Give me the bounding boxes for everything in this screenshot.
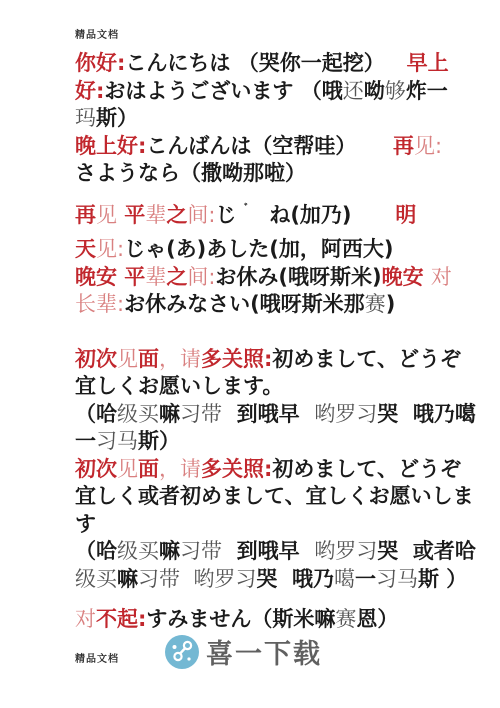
text-segment: 斯 ） [418, 567, 467, 591]
text-segment: す [75, 512, 96, 536]
text-line: さようなら（撒呦那啦） [75, 160, 500, 188]
header-label: 精品文档 [75, 26, 119, 41]
text-segment [385, 51, 407, 75]
text-segment: すみません（斯米嘛 [146, 607, 335, 631]
text-segment: 宜しくお愿いします。 [75, 374, 283, 398]
text-line: 晚安 平辈之间:お休み(哦呀斯米)晚安 对 [75, 264, 500, 292]
text-segment: 再 [393, 134, 414, 158]
text-segment: 一 [355, 567, 376, 591]
text-line: （哈级买嘛习带 到哦早 哟罗习哭 哦乃噶 [75, 401, 500, 429]
text-segment: ， [159, 457, 180, 481]
text-segment: 习带 哟罗习 [138, 567, 256, 591]
text-segment: 不起 [96, 607, 138, 631]
text-line: 晚上好:こんばんは（空帮哇） 再见: [75, 133, 500, 161]
text-line: 一习马斯） [75, 428, 500, 456]
text-segment: 初めまして、どうぞ [272, 347, 461, 371]
text-segment: お休み(哦呀斯米) [215, 265, 381, 289]
text-segment: 呦 [364, 79, 385, 103]
text-segment: こんにちは （哭你一起挖） [125, 51, 384, 75]
text-segment: 间 [187, 203, 208, 227]
text-segment: （哈 [75, 539, 117, 563]
text-segment: 哭 或者哈 [377, 539, 476, 563]
text-segment: 哟罗习 [314, 402, 377, 426]
text-segment: ) [386, 292, 396, 316]
text-segment: 见 [117, 457, 138, 481]
text-segment: こんばんは（空帮哇） [146, 134, 356, 158]
document-lines: 你好:こんにちは （哭你一起挖） 早上好:おはようございます （哦还呦够炸一玛斯… [75, 50, 500, 634]
text-segment: 平 [117, 203, 145, 227]
text-segment: 早上 [407, 51, 449, 75]
text-line: 玛斯） [75, 105, 500, 133]
text-segment: 赛 [365, 292, 386, 316]
text-segment: 辈 [145, 265, 166, 289]
text-segment: 请 [180, 457, 201, 481]
text-segment: 初次 [75, 457, 117, 481]
text-segment: 再 [75, 203, 96, 227]
text-segment: 见 [96, 203, 117, 227]
text-line: 宜しくお愿いします。 [75, 373, 500, 401]
text-segment: 炸一 [406, 79, 448, 103]
text-segment: 哟罗习 [314, 539, 377, 563]
text-segment: さようなら（撒呦那啦） [75, 161, 306, 185]
text-segment: 赛 [335, 607, 356, 631]
text-segment: 一 [75, 429, 96, 453]
text-line: 长辈:お休みなさい(哦呀斯米那赛) [75, 291, 500, 319]
text-segment: 你好: [75, 51, 125, 75]
text-segment: 明 [395, 203, 416, 227]
text-line: 级买嘛习带 哟罗习哭 哦乃噶一习马斯 ） [75, 566, 500, 594]
text-segment: 哭 哦乃 [256, 567, 334, 591]
watermark: 喜一下载 [165, 632, 322, 671]
text-segment: : [435, 134, 442, 158]
text-line: 初次见面，请多关照:初めまして、どうぞ [75, 456, 500, 484]
text-segment: 辈 [145, 203, 166, 227]
watermark-text: 喜一下载 [206, 632, 322, 671]
text-segment: 够 [385, 79, 406, 103]
text-segment: 噶 [334, 567, 355, 591]
text-segment: 多关照 [201, 347, 264, 371]
text-segment: 习带 [180, 402, 222, 426]
text-segment: 间 [187, 265, 208, 289]
text-segment: 级买 [75, 567, 117, 591]
text-segment: 斯） [96, 106, 138, 130]
text-segment: ， [159, 347, 180, 371]
text-segment: 晚安 [75, 265, 117, 289]
text-segment: 习带 [180, 539, 222, 563]
text-segment: 嘛 [159, 402, 180, 426]
text-segment: 级买 [117, 402, 159, 426]
text-segment: お休みなさい(哦呀斯米那 [124, 292, 365, 316]
text-segment: 面 [138, 457, 159, 481]
text-line: （哈级买嘛习带 到哦早 哟罗习哭 或者哈 [75, 538, 500, 566]
text-line: 宜しく或者初めまして、宜しくお愿いしま [75, 483, 500, 511]
text-segment: 之 [166, 203, 187, 227]
text-segment: 晚安 [382, 265, 424, 289]
text-segment: 宜しく或者初めまして、宜しくお愿いしま [75, 484, 474, 508]
text-segment: 面 [138, 347, 159, 371]
text-segment: 到哦早 [222, 402, 314, 426]
text-segment: 还 [343, 79, 364, 103]
text-segment: 恩） [356, 607, 398, 631]
text-segment: 对 [431, 265, 452, 289]
document-page: 精品文档 你好:こんにちは （哭你一起挖） 早上好:おはようございます （哦还呦… [0, 0, 500, 708]
text-segment: 哭 哦乃噶 [377, 402, 476, 426]
text-segment: 习马 [376, 567, 418, 591]
text-segment: じゃ(あ)あした(加，阿西大) [124, 237, 393, 261]
text-segment: 对 [75, 607, 96, 631]
text-segment: 多关照 [201, 457, 264, 481]
text-line: 天见:じゃ(あ)あした(加，阿西大) [75, 236, 500, 264]
text-segment: 平 [117, 265, 145, 289]
text-segment: 级买 [117, 539, 159, 563]
text-line: 你好:こんにちは （哭你一起挖） 早上 [75, 50, 500, 78]
text-line: 对不起:すみません（斯米嘛赛恩） [75, 606, 500, 634]
text-segment: 晚上好: [75, 134, 146, 158]
text-segment: 嘛 [117, 567, 138, 591]
text-segment: 长辈 [75, 292, 117, 316]
text-segment: 习马 [96, 429, 138, 453]
text-segment: 初めまして、どうぞ [272, 457, 461, 481]
text-segment [356, 134, 393, 158]
share-nodes-icon [165, 635, 199, 669]
text-segment: 斯） [138, 429, 180, 453]
text-line: す [75, 511, 500, 539]
text-segment: 见 [96, 237, 117, 261]
text-segment: 天 [75, 237, 96, 261]
text-segment: じ [215, 203, 243, 227]
text-line: 再见 平辈之间:じ ゛ ね(加乃) 明 [75, 195, 500, 230]
text-segment: 之 [166, 265, 187, 289]
text-segment: ね(加乃) [255, 203, 352, 227]
text-line: 好:おはようございます （哦还呦够炸一 [75, 78, 500, 106]
text-segment [424, 265, 431, 289]
text-segment: 初次 [75, 347, 117, 371]
footer-label: 精品文档 [75, 650, 119, 665]
text-segment: 见 [414, 134, 435, 158]
text-segment: おはようございます （哦 [104, 79, 342, 103]
text-segment: 请 [180, 347, 201, 371]
text-segment: （哈 [75, 402, 117, 426]
text-segment: 到哦早 [222, 539, 314, 563]
text-line: 初次见面，请多关照:初めまして、どうぞ [75, 346, 500, 374]
text-segment: ゛ [244, 202, 255, 215]
text-segment: 嘛 [159, 539, 180, 563]
text-segment [352, 203, 396, 227]
text-segment: 好: [75, 79, 104, 103]
text-segment: 见 [117, 347, 138, 371]
text-segment: 玛 [75, 106, 96, 130]
